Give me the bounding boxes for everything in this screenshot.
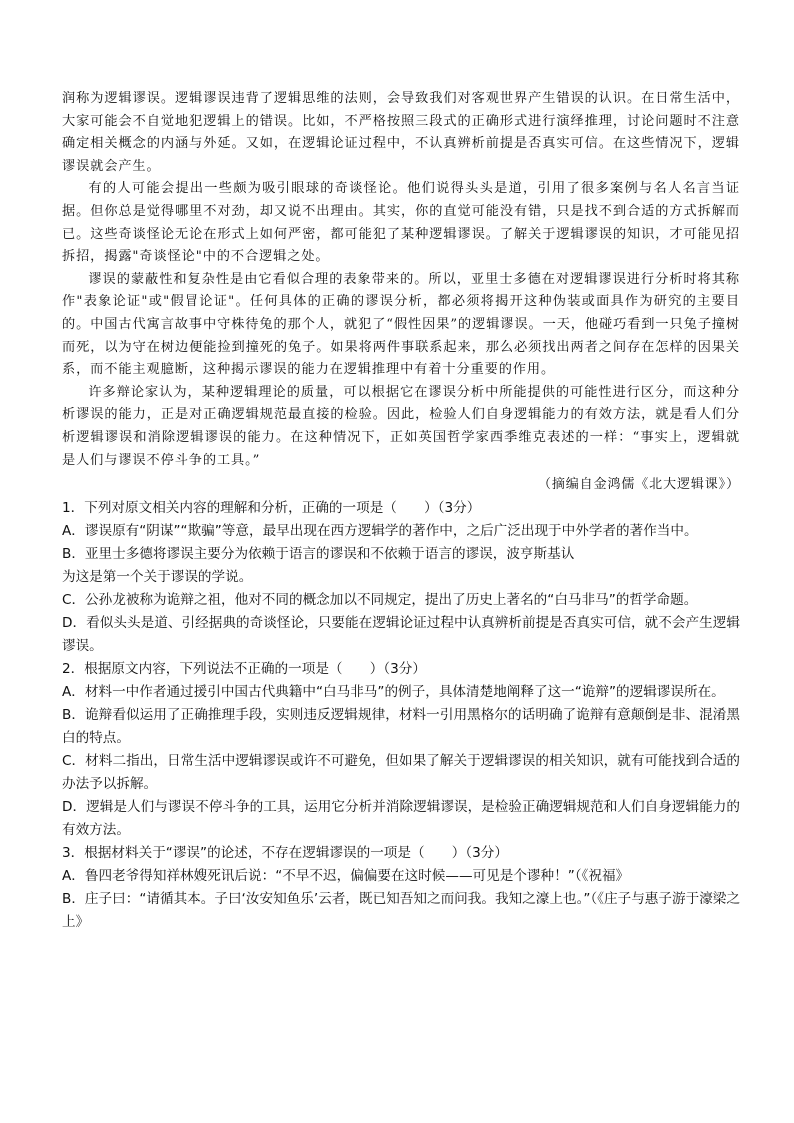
option-d: D．逻辑是人们与谬误不停斗争的工具，运用它分析并消除逻辑谬误，是检验正确逻辑规范… — [62, 796, 740, 842]
passage-paragraph: 谬误的蒙蔽性和复杂性是由它看似合理的表象带来的。所以，亚里士多德在对逻辑谬误进行… — [62, 269, 740, 382]
passage-paragraph: 有的人可能会提出一些颇为吸引眼球的奇谈怪论。他们说得头头是道，引用了很多案例与名… — [62, 178, 740, 268]
question-2: 2．根据原文内容，下列说法不正确的一项是（ ）（3分） A．材料一中作者通过援引… — [62, 658, 740, 842]
option-a: A．鲁四老爷得知祥林嫂死讯后说：“不早不迟，偏偏要在这时候——可见是个谬种！”（… — [62, 865, 740, 888]
question-stem: 2．根据原文内容，下列说法不正确的一项是（ ）（3分） — [62, 658, 740, 681]
option-c: C．材料二指出，日常生活中逻辑谬误或许不可避免，但如果了解关于逻辑谬误的相关知识… — [62, 750, 740, 796]
option-a: A．材料一中作者通过援引中国古代典籍中“白马非马”的例子，具体清楚地阐释了这一“… — [62, 681, 740, 704]
option-c: C．公孙龙被称为诡辩之祖，他对不同的概念加以不同规定，提出了历史上著名的“白马非… — [62, 589, 740, 612]
option-b: B．亚里士多德将谬误主要分为依赖于语言的谬误和不依赖于语言的谬误，波亨斯基认 — [62, 543, 740, 566]
reading-passage: 润称为逻辑谬误。逻辑谬误违背了逻辑思维的法则，会导致我们对客观世界产生错误的认识… — [62, 88, 740, 496]
option-b: B．诡辩看似运用了正确推理手段，实则违反逻辑规律，材料一引用黑格尔的话明确了诡辩… — [62, 704, 740, 750]
question-3: 3．根据材料关于“谬误”的论述，不存在逻辑谬误的一项是（ ）（3分） A．鲁四老… — [62, 842, 740, 934]
exam-page: 润称为逻辑谬误。逻辑谬误违背了逻辑思维的法则，会导致我们对客观世界产生错误的认识… — [62, 88, 740, 934]
question-stem: 3．根据材料关于“谬误”的论述，不存在逻辑谬误的一项是（ ）（3分） — [62, 842, 740, 865]
passage-paragraph: 许多辩论家认为，某种逻辑理论的质量，可以根据它在谬误分析中所能提供的可能性进行区… — [62, 382, 740, 472]
option-a: A．谬误原有“阴谋”“欺骗”等意，最早出现在西方逻辑学的著作中，之后广泛出现于中… — [62, 520, 740, 543]
passage-source: （摘编自金鸿儒《北大逻辑课》） — [62, 473, 740, 496]
question-1: 1．下列对原文相关内容的理解和分析，正确的一项是（ ）（3分） A．谬误原有“阴… — [62, 497, 740, 658]
questions-section: 1．下列对原文相关内容的理解和分析，正确的一项是（ ）（3分） A．谬误原有“阴… — [62, 497, 740, 934]
option-b-continued: 为这是第一个关于谬误的学说。 — [62, 566, 740, 589]
option-b: B．庄子曰：“请循其本。子曰‘汝安知鱼乐’云者，既已知吾知之而问我。我知之濠上也… — [62, 888, 740, 934]
question-stem: 1．下列对原文相关内容的理解和分析，正确的一项是（ ）（3分） — [62, 497, 740, 520]
passage-paragraph: 润称为逻辑谬误。逻辑谬误违背了逻辑思维的法则，会导致我们对客观世界产生错误的认识… — [62, 88, 740, 178]
option-d: D．看似头头是道、引经据典的奇谈怪论，只要能在逻辑论证过程中认真辨析前提是否真实… — [62, 612, 740, 658]
